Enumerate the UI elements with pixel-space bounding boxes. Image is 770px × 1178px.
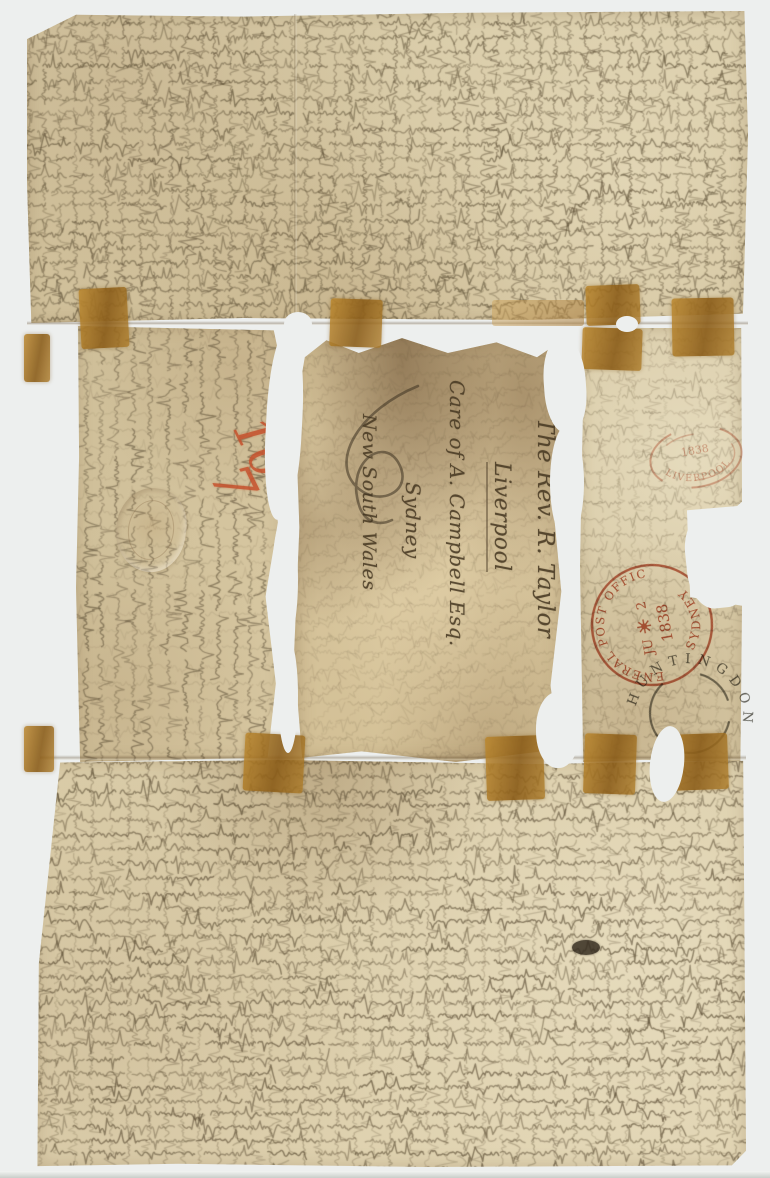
- tear-gap: [536, 692, 580, 768]
- tape-patch: [329, 298, 383, 348]
- tape-patch: [485, 735, 545, 801]
- tape-patch: [492, 300, 584, 326]
- cross-writing-top: [27, 11, 748, 323]
- svg-text:1838: 1838: [680, 442, 710, 460]
- tape-patch: [583, 733, 637, 795]
- tape-patch: [581, 327, 642, 371]
- seal-ring: [124, 497, 178, 563]
- ink-blot: [572, 940, 600, 955]
- cross-writing-bottom: [36, 760, 746, 1167]
- tear-gap: [278, 638, 298, 753]
- tear-gap: [272, 515, 298, 645]
- postmark-liverpool-town: LIVERPOOL: [662, 456, 736, 490]
- postmark-huntingdon-town: HUNTINGDON: [624, 638, 768, 732]
- tear-gap: [550, 425, 584, 540]
- tape-patch: [24, 334, 50, 382]
- letter-scan: The Rev. R. Taylor Liverpool Care of A. …: [0, 0, 770, 1178]
- tape-patch: [24, 726, 54, 772]
- postmark-sydney-day: 2: [634, 600, 650, 611]
- pen-flourish: [320, 380, 450, 530]
- svg-text:LIVERPOOL: LIVERPOOL: [662, 456, 736, 490]
- tape-patch: [243, 732, 306, 793]
- tear-gap: [616, 316, 638, 332]
- scanner-edge: [0, 1171, 770, 1178]
- tape-patch: [671, 297, 734, 356]
- letter-sheet-top-fold: [27, 11, 748, 323]
- letter-sheet-bottom-fold: [36, 760, 746, 1167]
- tape-patch: [78, 287, 129, 349]
- address-line-town: Liverpool: [479, 462, 523, 702]
- tear-gap: [284, 312, 312, 336]
- svg-text:HUNTINGDON: HUNTINGDON: [624, 638, 768, 732]
